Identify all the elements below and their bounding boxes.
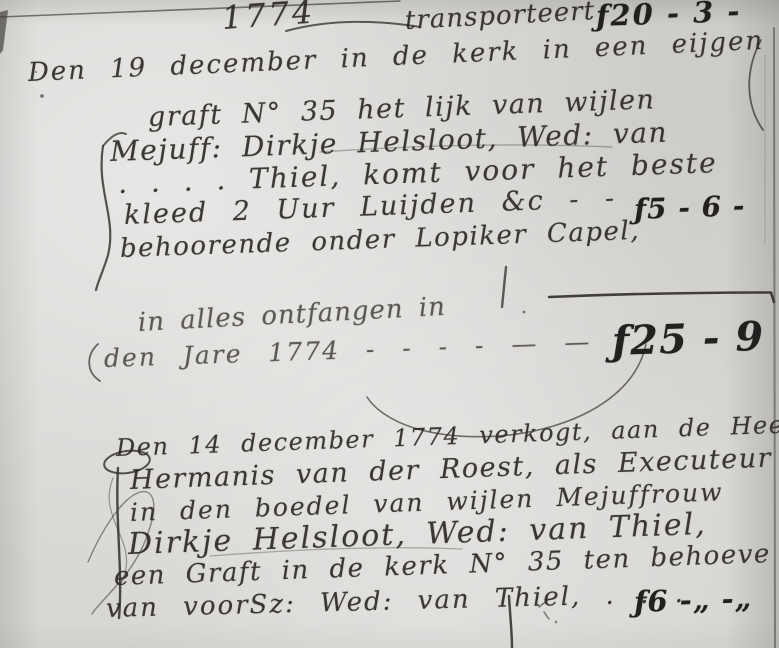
- mid-page-dash: [502, 267, 506, 307]
- total-line-1: in alles ontfangen in: [137, 294, 446, 336]
- ink-speck: [40, 94, 44, 98]
- year-heading: 1774: [221, 0, 316, 34]
- total-amount: ƒ25 - 9 -: [611, 316, 779, 362]
- entry2-amount: ƒ6 -„ -„: [633, 584, 752, 617]
- ink-speck: [523, 311, 526, 314]
- entry1-amount: ƒ5 - 6 -: [634, 192, 746, 224]
- transport-label: transporteert: [404, 0, 595, 34]
- manuscript-page: 1774 transporteert ƒ20 - 3 - Den 19 dece…: [0, 0, 779, 648]
- ink-speck: [555, 621, 558, 624]
- account-rule-line: [549, 293, 774, 303]
- entry1-line-1: Den 19 december in de kerk in een eijgen: [27, 28, 764, 86]
- entry1-margin-flourish: [96, 146, 110, 290]
- transport-amount: ƒ20 - 3 -: [595, 0, 741, 31]
- corner-smudge: [0, 10, 8, 54]
- page-top-edge-line: [0, 1, 400, 17]
- jare-paren-flourish: [89, 344, 100, 381]
